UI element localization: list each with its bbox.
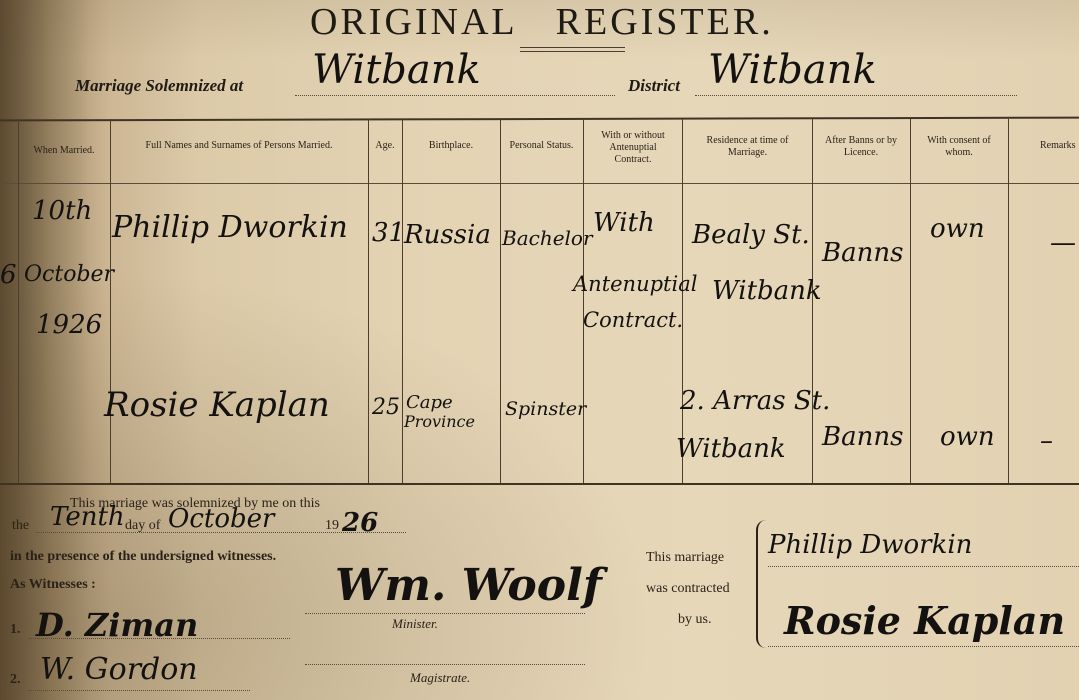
- witness-2-signature: W. Gordon: [40, 652, 198, 687]
- when-married-year: 1926: [36, 312, 102, 338]
- bride-signature-dotline: [768, 646, 1079, 647]
- minister-dotline: [305, 613, 585, 614]
- column-divider: [682, 119, 683, 483]
- header-banns: After Banns or by Licence.: [820, 135, 902, 159]
- header-full-names: Full Names and Surnames of Persons Marri…: [110, 140, 368, 152]
- groom-signature: Phillip Dworkin: [768, 530, 972, 560]
- day-of-label: day of: [125, 518, 160, 534]
- bride-remarks: –: [1040, 428, 1053, 454]
- header-when-married: When Married.: [18, 145, 110, 157]
- witness-1-signature: D. Ziman: [36, 606, 198, 644]
- contracted-line-1: This marriage: [646, 550, 724, 566]
- column-divider: [500, 119, 501, 483]
- table-top-rule: [0, 117, 1079, 122]
- district-label: District: [628, 76, 680, 96]
- witness-1-number: 1.: [10, 622, 21, 638]
- column-divider: [18, 119, 19, 483]
- bride-banns: Banns: [822, 424, 903, 450]
- entry-number: 6: [0, 262, 17, 288]
- header-remarks: Remarks: [1040, 140, 1079, 152]
- the-label: the: [12, 518, 29, 534]
- magistrate-label: Magistrate.: [410, 670, 470, 686]
- header-age: Age.: [368, 140, 402, 152]
- when-married-month: October: [24, 262, 114, 287]
- contract-line-1: With: [593, 210, 655, 236]
- groom-signature-dotline: [768, 566, 1079, 567]
- groom-banns: Banns: [822, 240, 903, 266]
- contracted-line-2: was contracted: [646, 581, 730, 597]
- column-divider: [368, 119, 369, 483]
- witnesses-label: As Witnesses :: [10, 577, 96, 593]
- bride-residence-line-2: Witbank: [676, 436, 786, 462]
- title-underline: [520, 47, 625, 52]
- solemnized-at-label: Marriage Solemnized at: [75, 76, 243, 96]
- solemnized-place-value: Witbank: [312, 50, 481, 90]
- groom-status: Bachelor: [502, 226, 593, 250]
- minister-label: Minister.: [392, 616, 438, 632]
- header-bottom-rule: [0, 183, 1079, 184]
- district-dotline: [695, 95, 1017, 96]
- contracted-line-3: by us.: [678, 612, 711, 628]
- bride-name: Rosie Kaplan: [104, 385, 330, 425]
- contract-line-3: Contract.: [583, 308, 683, 332]
- column-divider: [402, 119, 403, 483]
- bride-birthplace-line-1: Cape: [406, 392, 453, 413]
- year-value: 26: [342, 510, 378, 536]
- day-value: Tenth: [50, 504, 125, 530]
- magistrate-dotline: [305, 664, 585, 665]
- header-antenuptial: With or without Antenuptial Contract.: [590, 130, 676, 166]
- title-word-register: REGISTER.: [556, 1, 774, 43]
- groom-residence-line-1: Bealy St.: [692, 222, 810, 248]
- solemnized-at-dotline: [295, 95, 615, 96]
- header-personal-status: Personal Status.: [500, 140, 583, 152]
- witness-2-number: 2.: [10, 672, 21, 688]
- bride-signature: Rosie Kaplan: [784, 598, 1065, 643]
- bride-age: 25: [372, 395, 400, 420]
- minister-signature: Wm. Woolf: [335, 560, 602, 611]
- bride-birthplace-line-2: Province: [404, 412, 475, 431]
- groom-name: Phillip Dworkin: [112, 210, 348, 245]
- title-word-original: ORIGINAL: [310, 1, 518, 43]
- groom-consent: own: [930, 216, 985, 242]
- presence-statement: in the presence of the undersigned witne…: [10, 549, 276, 565]
- bride-consent: own: [940, 424, 995, 450]
- header-birthplace: Birthplace.: [402, 140, 500, 152]
- groom-birthplace: Russia: [404, 222, 491, 248]
- table-bottom-rule: [0, 483, 1079, 485]
- header-consent: With consent of whom.: [918, 135, 1000, 159]
- year-prefix: 19: [325, 518, 339, 534]
- when-married-day: 10th: [32, 198, 92, 224]
- contract-line-2: Antenuptial: [573, 272, 697, 296]
- bride-residence-line-1: 2. Arras St.: [680, 388, 830, 414]
- column-divider: [583, 119, 584, 483]
- district-value: Witbank: [708, 50, 877, 90]
- month-value: October: [168, 506, 274, 532]
- column-divider: [1008, 119, 1009, 483]
- page-title: ORIGINALREGISTER.: [310, 0, 774, 44]
- bride-status: Spinster: [505, 398, 586, 420]
- column-divider: [110, 119, 111, 483]
- groom-remarks: —: [1050, 230, 1076, 256]
- witness-2-dotline: [28, 690, 250, 691]
- groom-age: 31: [372, 220, 405, 246]
- column-divider: [910, 119, 911, 483]
- header-residence: Residence at time of Marriage.: [700, 135, 795, 159]
- groom-residence-line-2: Witbank: [712, 278, 822, 304]
